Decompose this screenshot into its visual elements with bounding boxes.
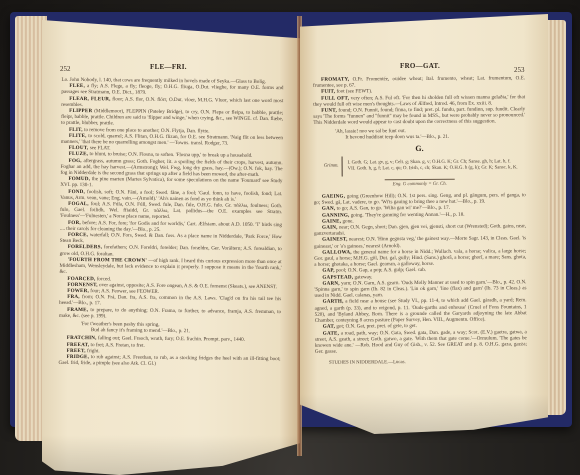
right-running-head: FRO—GAT. [400, 62, 440, 70]
left-entries-list: Lo. John Nobody, l. 140, that cows are f… [59, 77, 284, 321]
left-quote-line-2: Bud ah fancy it's framing to mend.'—Blo.… [81, 327, 281, 335]
entry-headword: GAN, [322, 206, 335, 212]
entry-headword: GARTH, [323, 299, 344, 305]
entry-headword: FRA, [67, 294, 80, 300]
entry-definition: from; O.N. Frá, Dan. fra, A.S. fra, comm… [59, 294, 281, 306]
right-quote: 'Ah, lassie! noo we sal be funt out. It … [313, 127, 525, 141]
entry-definition: pool; O.N. Gap, a pop; A.S. gulp; Gael. … [336, 267, 426, 274]
grimm-row-2: VII. Goth. h, g, f; Lat. c, qu; O. Irish… [348, 165, 526, 172]
english-correspondence: Eng. G commonly = Gr. Ch. [314, 181, 526, 189]
dictionary-entry: 'FOURTH FROM THE CROWN' —of high rank. I… [59, 257, 281, 278]
right-page-shadow [300, 394, 548, 434]
entry-definition: fright. [87, 348, 100, 354]
right-entries-top-list: FROMATY, O.Fr. Fromentée, ouidee wheat; … [313, 75, 525, 126]
left-text-block: Lo. John Nobody, l. 140, that cows are f… [58, 77, 283, 369]
left-page-number: 252 [60, 65, 71, 73]
dictionary-entry: FOGAL, foul; A.S. Fúla, O.N. Fúll, Swed.… [60, 201, 282, 222]
entry-definition: found; O.N. Funnit, found; finna, to fin… [313, 106, 525, 126]
left-page-shadow [42, 435, 300, 475]
right-entries-list: GAEING, going (Greenhow Hill); O.N. 1st … [314, 192, 527, 355]
right-quote-line-2: It bevond huddisnt teep doon wus ta.'—Bl… [335, 133, 525, 141]
entry-definition: near; O.N. Gegn, short; Dan. gjen, gjen … [314, 223, 526, 237]
right-page-number: 253 [514, 66, 525, 74]
entry-definition: before; A.S. For, fore; 'for Godis and f… [60, 220, 282, 233]
left-page: 252 FLE—FRI. Lo. John Nobody, l. 140, th… [42, 20, 300, 475]
entry-definition: a road, path, way; O.N. Gata, Swed. gata… [315, 329, 527, 355]
entry-headword: GAT, [323, 324, 335, 330]
entry-definition: to rub against; A.S. Freothan, to rub, a… [58, 354, 280, 367]
entry-definition: (Middlemoor), FLEPPIN (Pateley Bridge), … [61, 108, 283, 127]
section-letter-g: G. [313, 145, 525, 153]
entry-headword: GAIN, [322, 225, 338, 231]
grimm-rows: I. Goth. G; Lat. gv, g, v; Celt. g; Skan… [348, 159, 526, 172]
entry-definition: yarn; O.N. Garn, A.S. gearn. 'Ouds Molly… [314, 279, 526, 299]
entry-headword: GAP, [322, 268, 334, 274]
entry-headword: GATE, [323, 330, 339, 336]
left-quote: 'For t'weather's been pashy this spring,… [59, 321, 281, 336]
dictionary-entry: FLIPPER (Middlemoor), FLEPPIN (Pateley B… [61, 108, 283, 129]
entry-definition: a field near a house (see Study VI., pp.… [315, 298, 527, 324]
left-entries-after-quote: FRATCHIN, falling out; Gael. Fraoch, wra… [58, 335, 280, 368]
left-running-head: FLE—FRI. [150, 63, 187, 71]
entry-headword: FLEE, [69, 83, 85, 89]
dictionary-entry: GARTH, a field near a house (see Study V… [315, 298, 527, 324]
entry-definition: foul; A.S. Fúla, O.N. Fúll, Swed. fule, … [60, 201, 282, 220]
entry-definition: a fly; A.S. Flege, a fly; fleoge, fly; O… [61, 83, 283, 96]
grimm-label: Grimm. [314, 164, 342, 170]
photo-scene: 252 FLE—FRI. Lo. John Nobody, l. 140, th… [0, 0, 580, 475]
dictionary-entry: FRAME, to prepare, to do anything; O.N. … [59, 306, 281, 321]
divider-rule [385, 179, 455, 180]
dictionary-entry: FUNT, found; O.N. Funnit, found; finna, … [313, 106, 525, 126]
entry-definition: forced. [97, 276, 111, 282]
entry-headword: FLIT, [69, 127, 83, 133]
grimm-table: Grimm. I. Goth. G; Lat. gv, g, v; Celt. … [314, 155, 526, 176]
dictionary-entry: GATE, a road, path, way; O.N. Gata, Swed… [315, 329, 527, 355]
entry-headword: FOG, [69, 158, 82, 164]
entry-definition: to prepare, to do anything; O.N. Frama, … [59, 307, 281, 319]
entry-definition: the pine marten (Martes Sylvatica), for … [60, 176, 282, 188]
entry-definition: going. 'They're ganning for wenting Anna… [351, 211, 465, 218]
dictionary-entry: GARN, yarn; O.N. Garn, A.S. gearn. 'Ouds… [314, 279, 526, 299]
entry-headword: FOR, [68, 220, 81, 226]
entry-definition: gateway. [354, 274, 372, 280]
brace-icon [342, 157, 345, 177]
page-footer-signature: STUDIES IN NIDDERDALE.—Lucas. [315, 360, 527, 368]
entry-definition: aftergrass, autumn grass; Goth. Fogher, … [60, 158, 282, 178]
right-text-block: FROMATY, O.Fr. Fromentée, ouidee wheat; … [313, 75, 527, 367]
right-page: FRO—GAT. 253 FROMATY, O.Fr. Fromentée, o… [300, 14, 548, 434]
dictionary-entry: GALLOWA, the general name for a horse in… [314, 248, 526, 268]
entry-headword: FUIT, [321, 89, 335, 95]
dictionary-entry: FRIDGE, to rub against; A.S. Freothan, t… [58, 354, 280, 369]
entry-definition: waterfall; O.N. Fors, Swed. & Dan. foss.… [60, 232, 282, 244]
